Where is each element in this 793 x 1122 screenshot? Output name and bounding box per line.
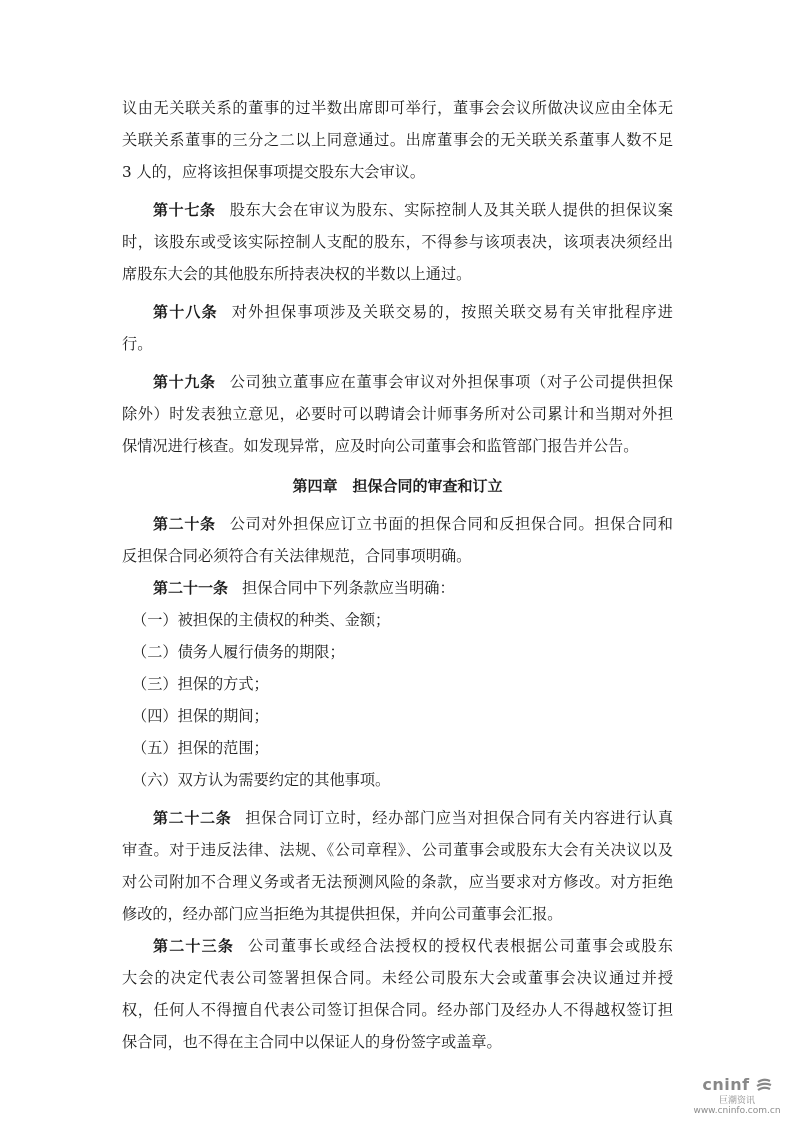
article-21: 第二十一条担保合同中下列条款应当明确： [122,576,673,608]
brand-name: cninf [702,1075,749,1094]
list-item: （四）担保的期间； [122,704,673,736]
brand-chinese-name: 巨潮资讯 [689,1093,785,1106]
paragraph-continuation: 议由无关联关系的董事的过半数出席即可举行，董事会会议所做决议应由全体无 关联关系… [122,96,673,192]
article-label: 第二十二条 [153,809,231,827]
text-line: 3 人的，应将该担保事项提交股东大会审议。 [122,160,673,192]
article-label: 第十八条 [153,303,218,321]
list-item: （五）担保的范围； [122,736,673,768]
article-label: 第二十条 [153,515,216,533]
article-23: 第二十三条公司董事长或经合法授权的授权代表根据公司董事会或股东 大会的决定代表公… [122,934,673,1062]
article-20: 第二十条公司对外担保应订立书面的担保合同和反担保合同。担保合同和 反担保合同必须… [122,512,673,576]
list-item: （三）担保的方式； [122,672,673,704]
text-line: 保合同，也不得在主合同中以保证人的身份签字或盖章。 [122,1030,673,1062]
article-label: 第二十一条 [153,579,228,597]
text-line: 股东大会在审议为股东、实际控制人及其关联人提供的担保议案 [230,201,673,219]
text-line: 议由无关联关系的董事的过半数出席即可举行，董事会会议所做决议应由全体无 [122,96,673,128]
text-line: 席股东大会的其他股东所持表决权的半数以上通过。 [122,262,673,294]
chapter-heading: 第四章 担保合同的审查和订立 [122,474,673,512]
document-page: 议由无关联关系的董事的过半数出席即可举行，董事会会议所做决议应由全体无 关联关系… [122,96,673,1062]
brand-url: www.cninfo.com.cn [689,1106,785,1116]
text-line: 反担保合同必须符合有关法律规范，合同事项明确。 [122,544,673,576]
text-line: 大会的决定代表公司签署担保合同。未经公司股东大会或董事会决议通过并授 [122,966,673,998]
cninfo-watermark: cninf 巨潮资讯 www.cninfo.com.cn [689,1075,785,1116]
list-item: （一）被担保的主债权的种类、金额； [122,608,673,640]
text-line: 公司董事长或经合法授权的授权代表根据公司董事会或股东 [248,937,673,955]
article-17: 第十七条股东大会在审议为股东、实际控制人及其关联人提供的担保议案 时，该股东或受… [122,198,673,294]
article-label: 第十七条 [153,201,216,219]
text-line: 行。 [122,332,673,364]
text-line: 时，该股东或受该实际控制人支配的股东，不得参与该项表决，该项表决须经出 [122,230,673,262]
list-item: （二）债务人履行债务的期限； [122,640,673,672]
text-line: 权，任何人不得擅自代表公司签订担保合同。经办部门及经办人不得越权签订担 [122,998,673,1030]
text-line: 修改的，经办部门应当拒绝为其提供担保，并向公司董事会汇报。 [122,902,673,934]
text-line: 公司对外担保应订立书面的担保合同和反担保合同。担保合同和 [230,515,673,533]
cninfo-logo-icon [756,1078,772,1092]
text-line: 关联关系董事的三分之二以上同意通过。出席董事会的无关联关系董事人数不足 [122,128,673,160]
list-item: （六）双方认为需要约定的其他事项。 [122,768,673,800]
text-line: 保情况进行核查。如发现异常，应及时向公司董事会和监管部门报告并公告。 [122,434,673,466]
article-19: 第十九条公司独立董事应在董事会审议对外担保事项（对子公司提供担保 除外）时发表独… [122,370,673,466]
article-22: 第二十二条担保合同订立时，经办部门应当对担保合同有关内容进行认真 审查。对于违反… [122,806,673,934]
text-line: 公司独立董事应在董事会审议对外担保事项（对子公司提供担保 [230,373,673,391]
text-line: 审查。对于违反法律、法规、《公司章程》、公司董事会或股东大会有关决议以及 [122,838,673,870]
text-line: 除外）时发表独立意见，必要时可以聘请会计师事务所对公司累计和当期对外担 [122,402,673,434]
article-label: 第十九条 [153,373,216,391]
article-18: 第十八条对外担保事项涉及关联交易的，按照关联交易有关审批程序进 行。 [122,300,673,364]
clause-list: （一）被担保的主债权的种类、金额； （二）债务人履行债务的期限； （三）担保的方… [122,608,673,800]
text-line: 对外担保事项涉及关联交易的，按照关联交易有关审批程序进 [232,303,673,321]
text-line: 担保合同中下列条款应当明确： [242,579,455,597]
text-line: 担保合同订立时，经办部门应当对担保合同有关内容进行认真 [245,809,673,827]
text-line: 对公司附加不合理义务或者无法预测风险的条款，应当要求对方修改。对方拒绝 [122,870,673,902]
article-label: 第二十三条 [153,937,234,955]
